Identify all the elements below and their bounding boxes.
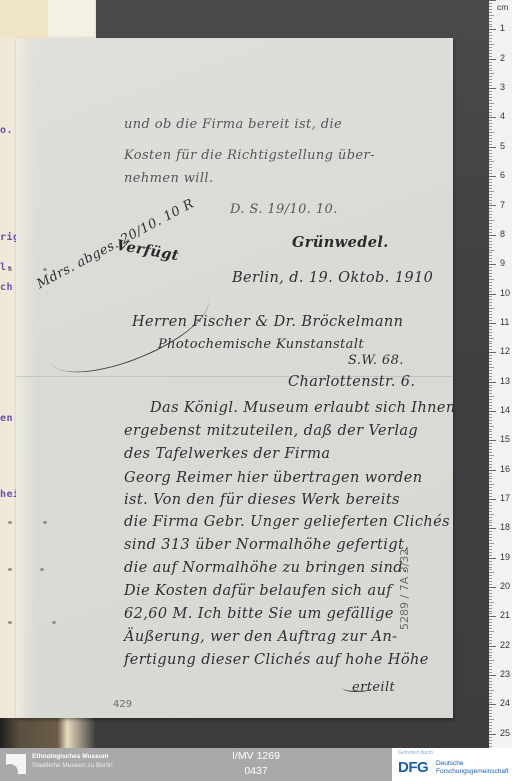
ruler-tick <box>489 252 492 253</box>
ruler-tick <box>489 417 492 418</box>
ruler-tick <box>489 208 492 209</box>
ruler-tick <box>489 437 492 438</box>
ruler-tick <box>489 713 492 714</box>
ruler-tick <box>489 305 492 306</box>
ruler-tick <box>489 232 492 233</box>
ruler-tick <box>489 21 492 22</box>
ruler-tick <box>489 531 492 532</box>
ruler-tick <box>489 349 492 350</box>
ruler-tick <box>489 414 492 415</box>
ruler-tick <box>489 302 492 303</box>
ruler-tick <box>489 12 492 13</box>
ruler-tick <box>489 159 492 160</box>
ruler-tick <box>489 657 492 658</box>
ruler-tick <box>489 288 492 289</box>
underlying-page-corner <box>0 0 48 38</box>
underlying-page-corner <box>48 0 94 36</box>
ruler-tick <box>489 285 492 286</box>
ruler-tick <box>489 326 492 327</box>
ruler-tick <box>489 35 492 36</box>
ruler-tick <box>489 426 494 427</box>
binding-hole <box>8 521 12 524</box>
ruler-number: 14 <box>500 405 510 415</box>
ruler-number: 7 <box>500 200 505 210</box>
ruler-tick <box>489 106 492 107</box>
ruler-tick <box>489 540 492 541</box>
body-line: Das Königl. Museum erlaubt sich Ihnen <box>150 400 456 416</box>
ruler-tick <box>489 276 492 277</box>
draft-initials-date: D. S. 19/10. 10. <box>230 202 338 217</box>
ruler-tick <box>489 420 492 421</box>
ruler-number: 6 <box>500 170 505 180</box>
ruler-tick <box>489 26 492 27</box>
ruler-tick <box>489 637 492 638</box>
binding-hole <box>43 268 47 271</box>
ruler-tick <box>489 622 492 623</box>
ruler-tick <box>489 396 494 397</box>
funder-label: Gefördert durch <box>398 750 433 756</box>
ruler-tick <box>489 44 494 45</box>
ruler-tick <box>489 702 492 703</box>
ruler-tick <box>489 329 492 330</box>
ruler-tick <box>489 672 492 673</box>
ruler-tick <box>489 97 492 98</box>
draft-signature: Grünwedel. <box>292 234 389 251</box>
ruler-tick <box>489 746 492 747</box>
ruler-tick <box>489 476 492 477</box>
ruler-tick <box>489 164 492 165</box>
ruler-tick <box>489 722 492 723</box>
ruler-tick <box>489 41 492 42</box>
ruler-tick <box>489 291 492 292</box>
body-line: fertigung dieser Clichés auf hohe Höhe <box>124 652 429 668</box>
ruler-tick <box>489 640 492 641</box>
pencil-shelfmark: 5289 / 7A 3/32 <box>398 549 411 630</box>
ruler-tick <box>489 525 492 526</box>
ruler-tick <box>489 382 496 383</box>
ruler-tick <box>489 73 494 74</box>
ruler-tick <box>489 584 492 585</box>
ruler-tick <box>489 32 492 33</box>
ruler-tick <box>489 109 492 110</box>
ruler-tick <box>489 734 496 735</box>
ruler-tick <box>489 220 494 221</box>
ruler-tick <box>489 273 492 274</box>
ruler-tick <box>489 120 492 121</box>
ruler-tick <box>489 264 496 265</box>
ruler-tick <box>489 62 492 63</box>
ruler-number: 25 <box>500 728 510 738</box>
ruler-tick <box>489 332 492 333</box>
ruler-tick <box>489 461 492 462</box>
underlying-page-bottom <box>0 718 96 748</box>
ruler-tick <box>489 710 492 711</box>
document-viewer: o. rige l- ch en heit und ob die Firma b… <box>0 0 512 748</box>
ruler-tick <box>489 613 492 614</box>
ruler-tick <box>489 129 492 130</box>
ruler-tick <box>489 70 492 71</box>
ruler-tick <box>489 578 492 579</box>
recipient-district: S.W. 68. <box>348 353 404 368</box>
place-date: Berlin, d. 19. Oktob. 1910 <box>232 270 433 286</box>
ruler-tick <box>489 449 492 450</box>
ruler-tick <box>489 379 492 380</box>
ruler-tick <box>489 308 494 309</box>
ruler-tick <box>489 229 492 230</box>
ruler-tick <box>489 458 492 459</box>
ruler-tick <box>489 24 492 25</box>
ruler-tick <box>489 317 492 318</box>
ruler-tick <box>489 361 492 362</box>
ruler-tick <box>489 625 492 626</box>
ruler-tick <box>489 496 492 497</box>
ruler-tick <box>489 611 492 612</box>
dfg-logo-icon: DFG <box>398 760 428 775</box>
ruler-tick <box>489 88 496 89</box>
ruler-tick <box>489 341 492 342</box>
ruler-tick <box>489 684 492 685</box>
ruler-tick <box>489 338 494 339</box>
ruler-tick <box>489 79 492 80</box>
ruler-tick <box>489 707 492 708</box>
ruler-tick <box>489 558 496 559</box>
ruler-tick <box>489 687 492 688</box>
ruler-number: 18 <box>500 522 510 532</box>
ruler-tick <box>489 408 492 409</box>
ruler-tick <box>489 270 492 271</box>
ruler-tick <box>489 517 492 518</box>
ruler-tick <box>489 185 492 186</box>
ruler-tick <box>489 194 492 195</box>
ruler-tick <box>489 481 492 482</box>
ruler-tick <box>489 126 492 127</box>
margin-fragment: o. <box>0 125 13 136</box>
ruler-tick <box>489 619 492 620</box>
ruler-tick <box>489 235 496 236</box>
ruler-number: 21 <box>500 610 510 620</box>
ruler-tick <box>489 411 496 412</box>
ruler-tick <box>489 643 492 644</box>
body-line: die Firma Gebr. Unger gelieferten Cliché… <box>124 514 450 530</box>
ruler-tick <box>489 534 492 535</box>
measurement-ruler: cm 1234567891011121314151617181920212223… <box>489 0 512 748</box>
ruler-tick <box>489 699 492 700</box>
ruler-tick <box>489 666 492 667</box>
ruler-tick <box>489 135 492 136</box>
ruler-tick <box>489 499 496 500</box>
ruler-tick <box>489 53 492 54</box>
ruler-tick <box>489 182 492 183</box>
ruler-tick <box>489 47 492 48</box>
draft-reply-line: und ob die Firma bereit ist, die <box>124 117 342 132</box>
ruler-number: 2 <box>500 53 505 63</box>
ruler-tick <box>489 82 492 83</box>
ruler-tick <box>489 487 492 488</box>
ruler-tick <box>489 467 492 468</box>
ruler-number: 4 <box>500 111 505 121</box>
recipient-business: Photochemische Kunstanstalt <box>158 337 364 352</box>
ruler-tick <box>489 555 492 556</box>
ruler-tick <box>489 267 492 268</box>
ruler-tick <box>489 205 496 206</box>
ruler-tick <box>489 675 496 676</box>
ruler-number: 3 <box>500 82 505 92</box>
ruler-tick <box>489 552 492 553</box>
ruler-tick <box>489 311 492 312</box>
ruler-tick <box>489 373 492 374</box>
ruler-number: 22 <box>500 640 510 650</box>
ruler-tick <box>489 370 492 371</box>
ruler-tick <box>489 138 492 139</box>
ruler-tick <box>489 737 492 738</box>
ruler-tick <box>489 478 492 479</box>
body-line: die auf Normalhöhe zu bringen sind. <box>124 560 408 576</box>
ruler-tick <box>489 244 492 245</box>
body-line: Die Kosten dafür belaufen sich auf <box>124 583 392 599</box>
ruler-tick <box>489 250 494 251</box>
ruler-tick <box>489 150 492 151</box>
ruler-tick <box>489 690 494 691</box>
binding-hole <box>8 568 12 571</box>
body-line: sind 313 über Normalhöhe gefertigt, <box>124 537 409 553</box>
ruler-tick <box>489 704 496 705</box>
ruler-tick <box>489 153 492 154</box>
ruler-number: 19 <box>500 552 510 562</box>
ruler-tick <box>489 352 496 353</box>
ruler-tick <box>489 728 492 729</box>
ruler-tick <box>489 596 492 597</box>
ruler-tick <box>489 367 494 368</box>
ruler-tick <box>489 429 492 430</box>
ruler-tick <box>489 693 492 694</box>
binding-hole <box>43 521 47 524</box>
ruler-tick <box>489 602 494 603</box>
funder-badge: Gefördert durch DFG Deutsche Forschungsg… <box>392 748 512 781</box>
ruler-tick <box>489 731 492 732</box>
ruler-tick <box>489 123 492 124</box>
ruler-tick <box>489 156 492 157</box>
body-line: Georg Reimer hier übertragen worden <box>124 470 422 486</box>
ruler-tick <box>489 188 492 189</box>
ruler-tick <box>489 241 492 242</box>
ruler-tick <box>489 65 492 66</box>
ruler-tick <box>489 94 492 95</box>
ruler-tick <box>489 258 492 259</box>
ruler-tick <box>489 520 492 521</box>
ruler-tick <box>489 50 492 51</box>
ruler-tick <box>489 197 492 198</box>
body-line: Äußerung, wer den Auftrag zur An- <box>124 629 397 645</box>
ruler-tick <box>489 282 492 283</box>
ruler-number: 15 <box>500 434 510 444</box>
ruler-number: 11 <box>500 317 509 327</box>
ruler-tick <box>489 493 492 494</box>
ruler-tick <box>489 608 492 609</box>
ruler-tick <box>489 508 492 509</box>
ruler-tick <box>489 505 492 506</box>
ruler-tick <box>489 18 492 19</box>
ruler-tick <box>489 402 492 403</box>
draft-reply-line: Kosten für die Richtigstellung über- <box>124 148 375 163</box>
ruler-tick <box>489 464 492 465</box>
ruler-tick <box>489 29 496 30</box>
ruler-tick <box>489 59 496 60</box>
ruler-tick <box>489 115 492 116</box>
ruler-tick <box>489 522 492 523</box>
ruler-tick <box>489 217 492 218</box>
ruler-tick <box>489 170 492 171</box>
ruler-tick <box>489 572 494 573</box>
ruler-tick <box>489 255 492 256</box>
ruler-tick <box>489 376 492 377</box>
ruler-number: 8 <box>500 229 505 239</box>
ruler-tick <box>489 599 492 600</box>
ruler-tick <box>489 0 496 1</box>
ruler-tick <box>489 296 492 297</box>
ruler-tick <box>489 279 494 280</box>
ruler-tick <box>489 385 492 386</box>
ruler-number: 1 <box>500 23 505 33</box>
binding-hole <box>40 568 44 571</box>
ruler-tick <box>489 484 494 485</box>
ruler-tick <box>489 646 496 647</box>
margin-fragment: ch <box>0 282 13 293</box>
ruler-tick <box>489 203 492 204</box>
ruler-tick <box>489 743 492 744</box>
ruler-tick <box>489 446 492 447</box>
ruler-tick <box>489 502 492 503</box>
ruler-tick <box>489 405 492 406</box>
ruler-tick <box>489 740 492 741</box>
ruler-tick <box>489 634 492 635</box>
ruler-tick <box>489 725 492 726</box>
ruler-number: 20 <box>500 581 510 591</box>
ruler-tick <box>489 696 492 697</box>
ruler-number: 23 <box>500 669 510 679</box>
funder-name-line1: Deutsche <box>436 760 463 767</box>
ruler-tick <box>489 669 492 670</box>
ruler-number: 10 <box>500 288 510 298</box>
body-line: des Tafelwerkes der Firma <box>124 446 330 462</box>
ruler-tick <box>489 343 492 344</box>
ruler-tick <box>489 364 492 365</box>
ruler-tick <box>489 443 492 444</box>
ruler-tick <box>489 314 492 315</box>
ruler-tick <box>489 214 492 215</box>
ruler-tick <box>489 567 492 568</box>
ruler-tick <box>489 117 496 118</box>
ruler-tick <box>489 112 492 113</box>
ruler-tick <box>489 631 494 632</box>
ruler-tick <box>489 323 496 324</box>
ruler-tick <box>489 455 494 456</box>
ruler-tick <box>489 191 494 192</box>
ruler-tick <box>489 719 494 720</box>
ruler-tick <box>489 91 492 92</box>
ruler-tick <box>489 423 492 424</box>
ruler-tick <box>489 628 492 629</box>
ruler-tick <box>489 452 492 453</box>
ruler-tick <box>489 431 492 432</box>
ruler-tick <box>489 716 492 717</box>
ruler-tick <box>489 587 496 588</box>
ruler-tick <box>489 387 492 388</box>
ruler-tick <box>489 549 492 550</box>
ruler-tick <box>489 581 492 582</box>
ruler-tick <box>489 320 492 321</box>
ruler-tick <box>489 85 492 86</box>
ruler-number: 24 <box>500 698 510 708</box>
body-line: ergebenst mitzuteilen, daß der Verlag <box>124 423 418 439</box>
ruler-tick <box>489 561 492 562</box>
ruler-tick <box>489 546 492 547</box>
ruler-tick <box>489 605 492 606</box>
binding-hole <box>8 621 12 624</box>
ruler-tick <box>489 528 496 529</box>
body-line: ist. Von den für dieses Werk bereits <box>124 492 400 508</box>
ruler-tick <box>489 616 496 617</box>
ruler-tick <box>489 649 492 650</box>
ruler-tick <box>489 390 492 391</box>
ruler-tick <box>489 514 494 515</box>
ruler-tick <box>489 68 492 69</box>
ruler-tick <box>489 238 492 239</box>
ruler-tick <box>489 167 492 168</box>
ruler-tick <box>489 543 494 544</box>
ruler-tick <box>489 15 494 16</box>
ruler-tick <box>489 681 492 682</box>
ruler-tick <box>489 144 492 145</box>
ruler-tick <box>489 103 494 104</box>
ruler-tick <box>489 76 492 77</box>
funder-name-line2: Forschungsgemeinschaft <box>436 768 509 775</box>
ruler-tick <box>489 299 492 300</box>
ruler-tick <box>489 226 492 227</box>
ruler-tick <box>489 511 492 512</box>
ruler-number: 12 <box>500 346 510 356</box>
ruler-tick <box>489 294 496 295</box>
ruler-number: 13 <box>500 376 510 386</box>
sheet-edge-highlight <box>16 38 36 718</box>
ruler-tick <box>489 261 492 262</box>
ruler-tick <box>489 335 492 336</box>
ruler-tick <box>489 440 496 441</box>
ruler-tick <box>489 358 492 359</box>
ruler-tick <box>489 473 492 474</box>
binding-hole <box>8 268 12 271</box>
recipient-name: Herren Fischer & Dr. Bröckelmann <box>132 314 403 330</box>
binding-hole <box>52 621 56 624</box>
draft-reply-line: nehmen will. <box>124 171 214 186</box>
ruler-unit: cm <box>497 2 508 12</box>
ruler-tick <box>489 100 492 101</box>
ruler-tick <box>489 9 492 10</box>
ruler-number: 17 <box>500 493 510 503</box>
ruler-number: 16 <box>500 464 510 474</box>
ruler-tick <box>489 564 492 565</box>
ruler-tick <box>489 590 492 591</box>
ruler-tick <box>489 470 496 471</box>
ruler-tick <box>489 211 492 212</box>
ruler-tick <box>489 346 492 347</box>
ruler-tick <box>489 593 492 594</box>
ruler-tick <box>489 179 492 180</box>
recipient-street: Charlottenstr. 6. <box>288 374 415 390</box>
ruler-tick <box>489 3 492 4</box>
ruler-tick <box>489 247 492 248</box>
ruler-tick <box>489 655 492 656</box>
ruler-tick <box>489 575 492 576</box>
